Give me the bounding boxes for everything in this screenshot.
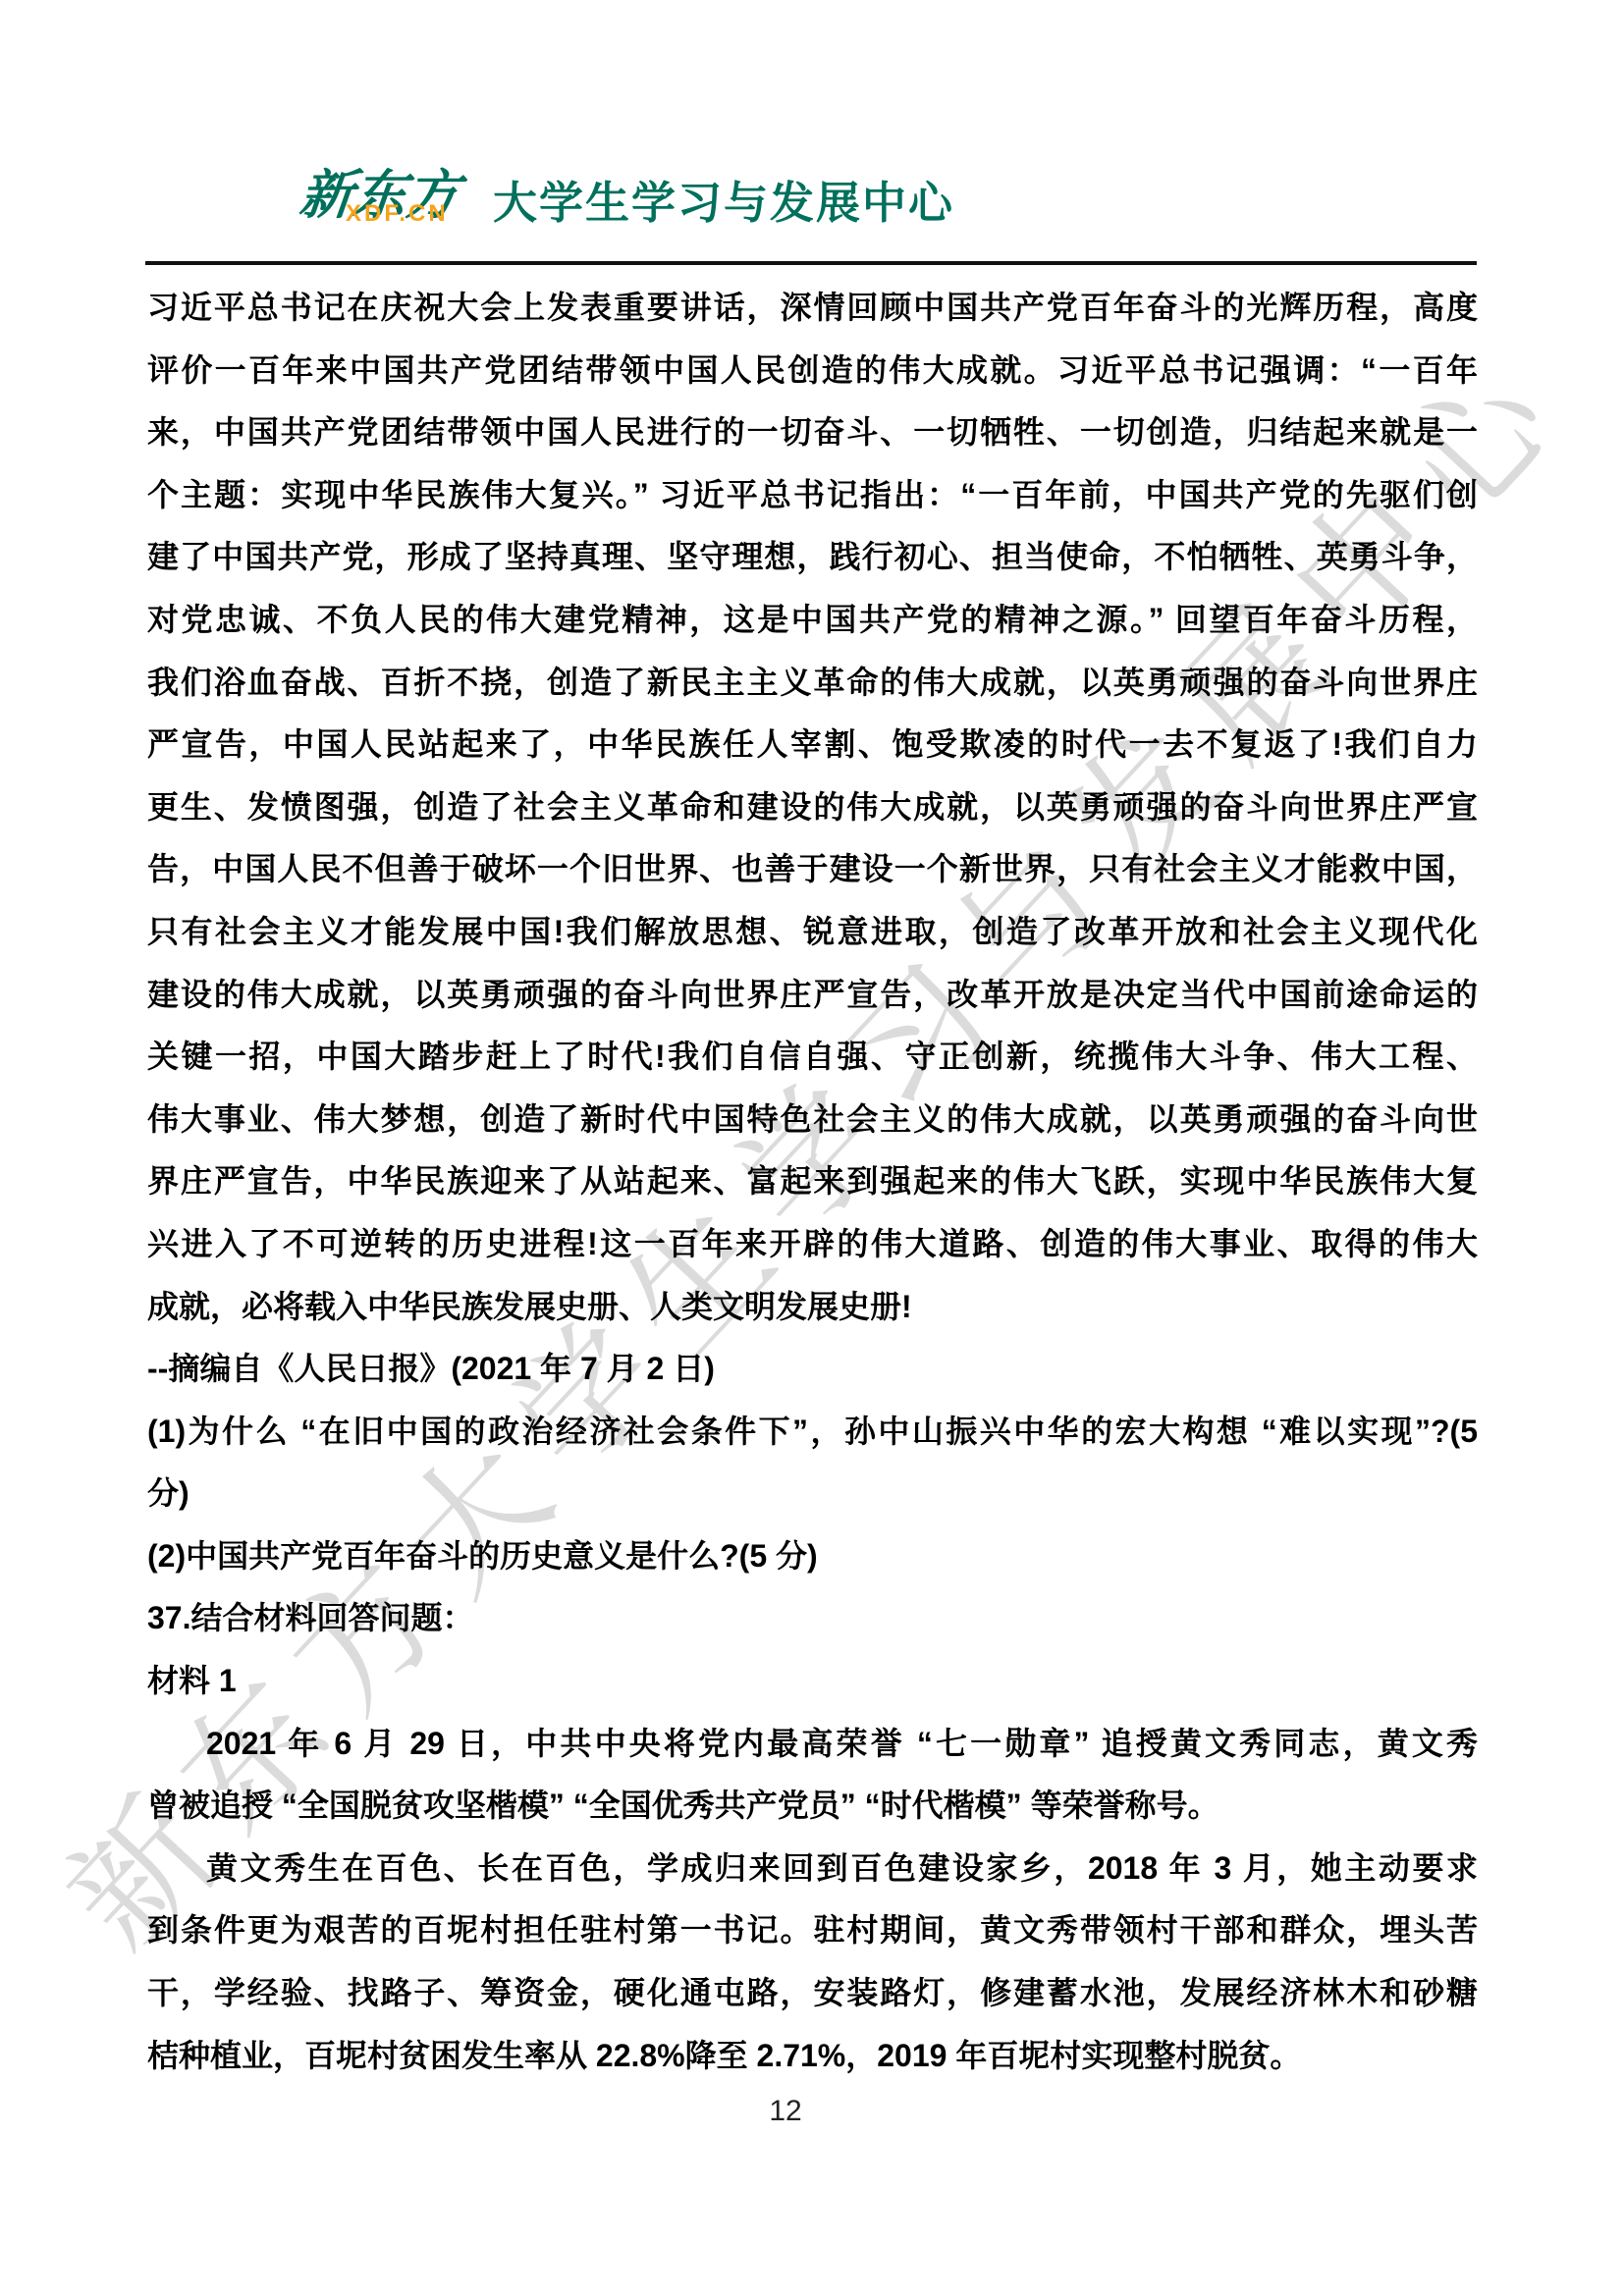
body-text-line: 我们浴血奋战、百折不挠，创造了新民主主义革命的伟大成就，以英勇顽强的奋斗向世界庄: [147, 652, 1478, 715]
body-text-line: (2)中国共产党百年奋斗的历史意义是什么?(5 分): [147, 1525, 1478, 1588]
body-text-line: 兴进入了不可逆转的历史进程!这一百年来开辟的伟大道路、创造的伟大事业、取得的伟大: [147, 1213, 1478, 1276]
body-text-line: 分): [147, 1463, 1478, 1525]
center-subtitle: 大学生学习与发展中心: [493, 167, 954, 231]
body-text-line: --摘编自《人民日报》(2021 年 7 月 2 日): [147, 1338, 1478, 1401]
body-text-line: 告，中国人民不但善于破坏一个旧世界、也善于建设一个新世界，只有社会主义才能救中国…: [147, 838, 1478, 901]
body-text-line: 37.结合材料回答问题：: [147, 1587, 1478, 1650]
xdf-domain-label: XDF.CN: [346, 200, 449, 228]
body-text-line: 成就，必将载入中华民族发展史册、人类文明发展史册!: [147, 1276, 1478, 1339]
body-text-line: 2021 年 6 月 29 日，中共中央将党内最高荣誉 “七一勋章” 追授黄文秀…: [147, 1713, 1478, 1776]
body-text-line: 评价一百年来中国共产党团结带领中国人民创造的伟大成就。习近平总书记强调：“一百年: [147, 340, 1478, 402]
body-text-line: 曾被追授 “全国脱贫攻坚楷模” “全国优秀共产党员” “时代楷模” 等荣誉称号。: [147, 1775, 1478, 1838]
body-text-line: 更生、发愤图强，创造了社会主义革命和建设的伟大成就，以英勇顽强的奋斗向世界庄严宣: [147, 776, 1478, 839]
body-text-line: 干，学经验、找路子、筹资金，硬化通屯路，安装路灯，修建蓄水池，发展经济林木和砂糖: [147, 1962, 1478, 2025]
body-text-line: 伟大事业、伟大梦想，创造了新时代中国特色社会主义的伟大成就，以英勇顽强的奋斗向世: [147, 1089, 1478, 1151]
body-text-line: 习近平总书记在庆祝大会上发表重要讲话，深情回顾中国共产党百年奋斗的光辉历程，高度: [147, 277, 1478, 340]
header-divider: [145, 261, 1477, 265]
body-text-line: 黄文秀生在百色、长在百色，学成归来回到百色建设家乡，2018 年 3 月，她主动…: [147, 1838, 1478, 1900]
body-text-line: 个主题：实现中华民族伟大复兴。” 习近平总书记指出：“一百年前，中国共产党的先驱…: [147, 464, 1478, 527]
body-text-line: 界庄严宣告，中华民族迎来了从站起来、富起来到强起来的伟大飞跃，实现中华民族伟大复: [147, 1150, 1478, 1213]
page-number: 12: [147, 2095, 1424, 2128]
body-text-line: 对党忠诚、不负人民的伟大建党精神，这是中国共产党的精神之源。” 回望百年奋斗历程…: [147, 589, 1478, 652]
body-text-line: 来，中国共产党团结带领中国人民进行的一切奋斗、一切牺牲、一切创造，归结起来就是一: [147, 401, 1478, 464]
body-text-line: 只有社会主义才能发展中国!我们解放思想、锐意进取，创造了改革开放和社会主义现代化: [147, 901, 1478, 964]
body-text-line: 建了中国共产党，形成了坚持真理、坚守理想，践行初心、担当使命，不怕牺牲、英勇斗争…: [147, 526, 1478, 589]
document-body: 习近平总书记在庆祝大会上发表重要讲话，深情回顾中国共产党百年奋斗的光辉历程，高度…: [147, 277, 1478, 2087]
body-text-line: 建设的伟大成就，以英勇顽强的奋斗向世界庄严宣告，改革开放是决定当代中国前途命运的: [147, 964, 1478, 1027]
body-text-line: 严宣告，中国人民站起来了，中华民族任人宰割、饱受欺凌的时代一去不复返了!我们自力: [147, 714, 1478, 776]
body-text-line: 材料 1: [147, 1650, 1478, 1713]
body-text-line: 桔种植业，百坭村贫困发生率从 22.8%降至 2.71%，2019 年百坭村实现…: [147, 2025, 1478, 2088]
body-text-line: 到条件更为艰苦的百坭村担任驻村第一书记。驻村期间，黄文秀带领村干部和群众，埋头苦: [147, 1899, 1478, 1962]
body-text-line: 关键一招，中国大踏步赶上了时代!我们自信自强、守正创新，统揽伟大斗争、伟大工程、: [147, 1026, 1478, 1089]
body-text-line: (1)为什么 “在旧中国的政治经济社会条件下”，孙中山振兴中华的宏大构想 “难以…: [147, 1401, 1478, 1464]
